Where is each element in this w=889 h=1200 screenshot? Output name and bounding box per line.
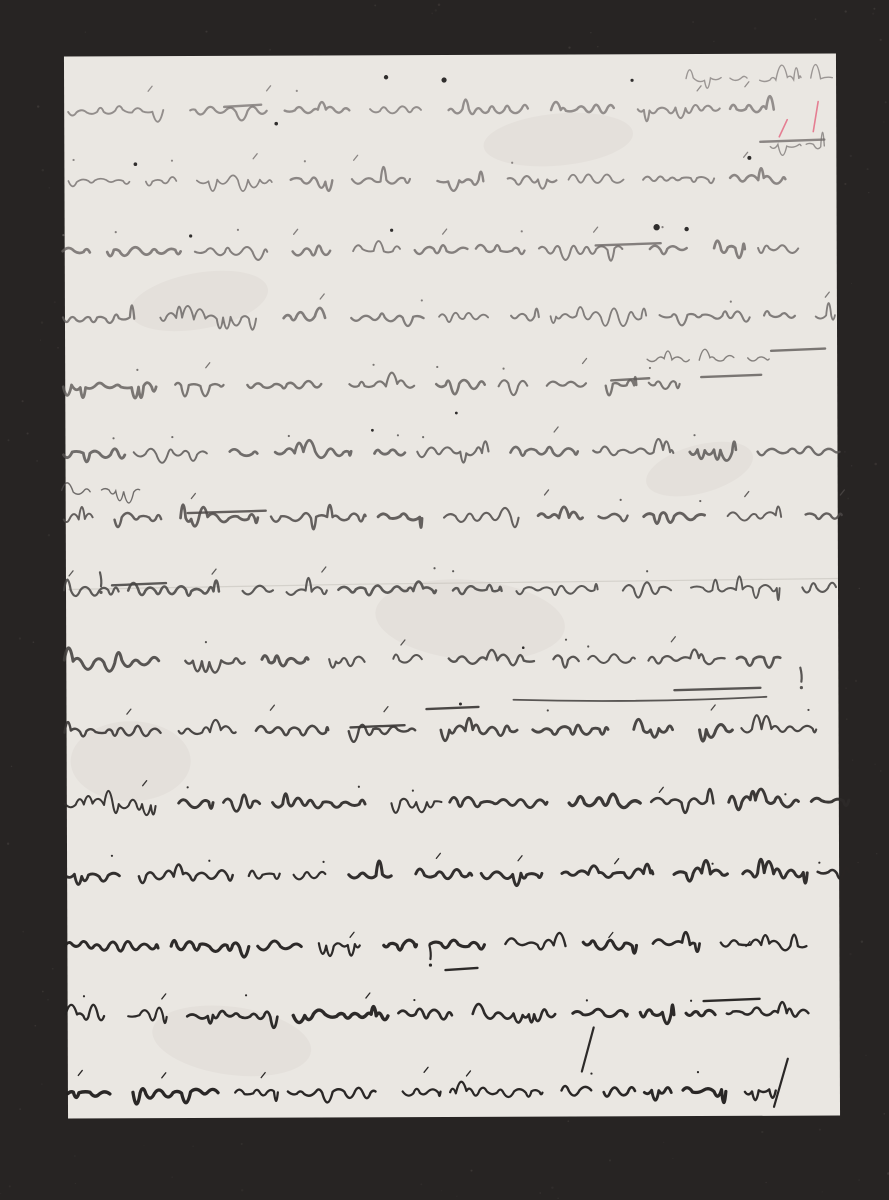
grain-dot <box>872 13 874 15</box>
grain-dot <box>47 999 49 1001</box>
letter-photo-canvas: Black-and-white photograph of a single h… <box>0 0 889 1200</box>
grain-dot <box>861 940 863 942</box>
grain-dot <box>42 169 44 171</box>
exclamation-mark <box>100 572 101 586</box>
grain-dot <box>7 843 9 845</box>
grain-dot <box>672 1158 673 1159</box>
grain-dot <box>420 1183 422 1185</box>
grain-dot <box>845 10 847 12</box>
grain-dot <box>471 1170 473 1172</box>
grain-dot <box>858 862 859 863</box>
grain-dot <box>844 183 846 185</box>
grain-dot <box>858 1179 860 1181</box>
grain-dot <box>876 853 877 854</box>
grain-dot <box>874 463 877 466</box>
grain-dot <box>57 347 59 349</box>
grain-dot <box>883 1113 885 1115</box>
grain-dot <box>609 1159 611 1161</box>
grain-dot <box>847 498 849 500</box>
grain-dot <box>885 101 887 103</box>
grain-dot <box>590 32 592 34</box>
ink-speck <box>371 429 374 432</box>
grain-dot <box>54 301 56 303</box>
grain-dot <box>692 21 694 23</box>
grain-dot <box>865 1055 867 1057</box>
ink-speck <box>653 224 659 230</box>
grain-dot <box>855 680 857 682</box>
grain-dot <box>48 534 50 536</box>
ink-speck <box>441 77 446 82</box>
ink-speck <box>189 234 192 237</box>
grain-dot <box>374 4 376 6</box>
grain-dot <box>868 192 869 193</box>
ink-speck <box>630 79 633 82</box>
ink-speck <box>455 412 458 415</box>
grain-dot <box>822 1191 823 1192</box>
grain-dot <box>850 155 852 157</box>
grain-dot <box>34 1025 36 1027</box>
grain-dot <box>48 187 50 189</box>
ink-speck <box>459 702 462 705</box>
grain-dot <box>19 1108 21 1110</box>
grain-dot <box>844 451 846 453</box>
grain-dot <box>456 1196 457 1197</box>
grain-dot <box>40 340 41 341</box>
grain-dot <box>241 1189 243 1191</box>
ink-speck <box>390 229 393 232</box>
grain-dot <box>85 31 86 32</box>
grain-dot <box>441 1190 442 1191</box>
grain-dot <box>713 41 714 42</box>
exclamation-mark <box>800 668 801 682</box>
grain-dot <box>11 766 13 768</box>
grain-dot <box>241 1143 243 1145</box>
grain-dot <box>568 46 570 48</box>
grain-dot <box>663 1142 664 1143</box>
ink-speck <box>684 227 688 231</box>
grain-dot <box>880 770 881 771</box>
ink-speck <box>274 122 278 126</box>
grain-dot <box>819 1129 821 1131</box>
grain-dot <box>765 1182 766 1183</box>
grain-dot <box>143 1145 144 1146</box>
exclamation-mark <box>429 945 430 959</box>
grain-dot <box>761 1131 763 1133</box>
grain-dot <box>52 968 54 970</box>
grain-dot <box>851 283 852 284</box>
grain-dot <box>41 321 43 323</box>
grain-dot <box>597 46 598 47</box>
grain-dot <box>880 39 882 41</box>
grain-dot <box>36 460 38 462</box>
grain-dot <box>754 27 757 30</box>
grain-dot <box>852 759 853 760</box>
ink-speck <box>747 156 751 160</box>
grain-dot <box>883 121 884 122</box>
grain-dot <box>431 13 433 15</box>
grain-dot <box>849 953 851 955</box>
grain-dot <box>8 439 10 441</box>
grain-dot <box>867 168 869 170</box>
ink-speck <box>134 162 138 166</box>
grain-dot <box>567 1120 569 1122</box>
paper-stain <box>71 721 191 801</box>
grain-dot <box>815 18 817 20</box>
grain-dot <box>875 764 876 765</box>
grain-dot <box>845 687 847 689</box>
grain-dot <box>75 1183 76 1184</box>
grain-dot <box>33 641 35 643</box>
grain-dot <box>846 718 848 720</box>
grain-dot <box>557 1198 558 1199</box>
grain-dot <box>37 105 39 107</box>
ink-speck <box>522 646 525 649</box>
letter-photograph: Black-and-white photograph of a single h… <box>0 0 889 1200</box>
grain-dot <box>0 1193 1 1194</box>
grain-dot <box>269 49 271 51</box>
grain-dot <box>873 8 875 10</box>
grain-dot <box>27 432 29 434</box>
grain-dot <box>438 4 441 7</box>
grain-dot <box>851 465 853 467</box>
grain-dot <box>171 1176 173 1178</box>
grain-dot <box>205 31 207 33</box>
grain-dot <box>435 9 437 11</box>
letter-paper-group: […] se po vše. — [illegible] odstěhovan[… <box>60 53 850 1118</box>
grain-dot <box>22 931 24 933</box>
grain-dot <box>551 1186 553 1188</box>
grain-dot <box>9 1185 11 1187</box>
grain-dot <box>19 637 21 639</box>
grain-dot <box>22 400 24 402</box>
grain-dot <box>74 1155 76 1157</box>
grain-dot <box>42 991 44 993</box>
ink-speck <box>384 75 388 79</box>
grain-dot <box>41 1083 43 1085</box>
grain-dot <box>859 588 860 589</box>
grain-dot <box>192 1145 194 1147</box>
grain-dot <box>539 1192 541 1194</box>
